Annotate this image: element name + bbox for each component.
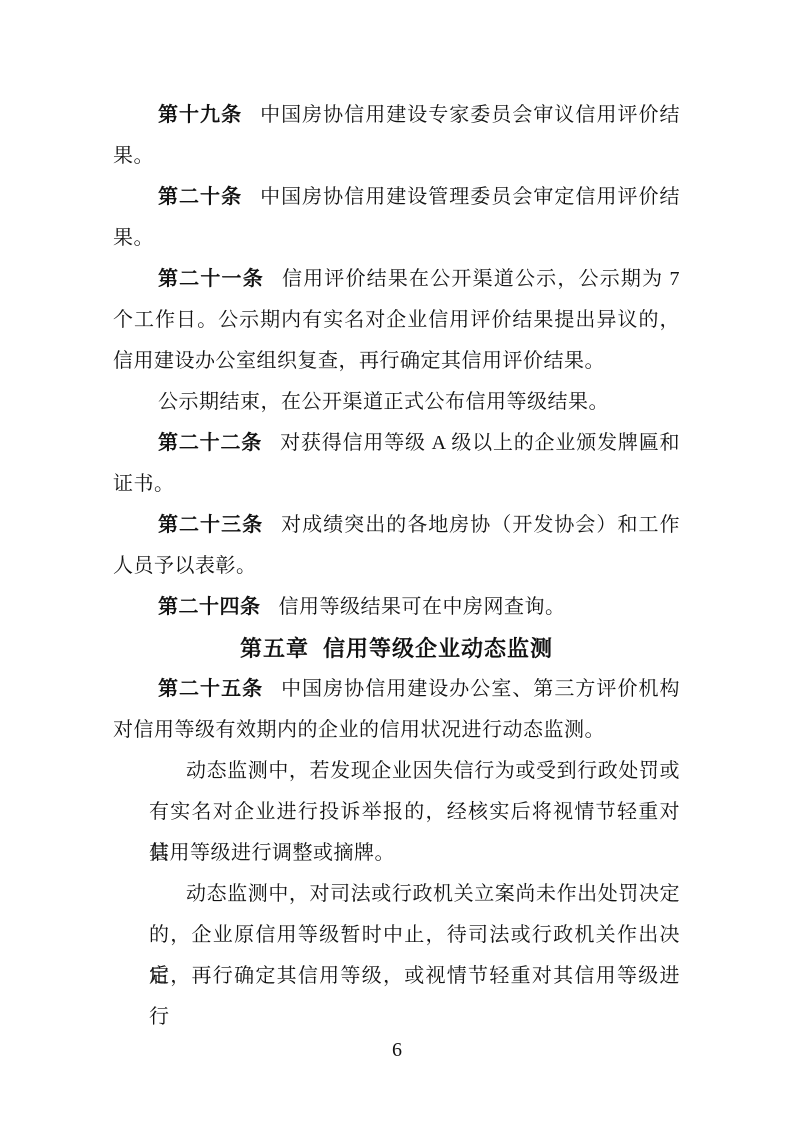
article-21-number: 第二十一条	[158, 268, 264, 290]
article-19-number: 第十九条	[158, 104, 242, 126]
article-24-line-1: 第二十四条信用等级结果可在中房网查询。	[113, 587, 680, 628]
monitoring-para-2-line-3: 后，再行确定其信用等级，或视情节轻重对其信用等级进行	[149, 956, 680, 997]
monitoring-para-1-text-cont-2: 信用等级进行调整或摘牌。	[149, 842, 395, 864]
article-23-text-cont: 人员予以表彰。	[113, 555, 257, 577]
article-19-line-2: 果。	[113, 136, 680, 177]
chapter-heading: 第五章信用等级企业动态监测	[113, 628, 680, 669]
page-number: 6	[0, 1030, 794, 1071]
article-23-line-1: 第二十三条对成绩突出的各地房协（开发协会）和工作	[113, 505, 680, 546]
article-21-para-2: 公示期结束，在公开渠道正式公布信用等级结果。	[113, 382, 680, 423]
article-25-text: 中国房协信用建设办公室、第三方评价机构	[281, 678, 680, 700]
article-21-text-cont-2: 信用建设办公室组织复查，再行确定其信用评价结果。	[113, 350, 605, 372]
article-23-line-2: 人员予以表彰。	[113, 546, 680, 587]
article-25-text-cont: 对信用等级有效期内的企业的信用状况进行动态监测。	[113, 719, 605, 741]
article-25-line-2: 对信用等级有效期内的企业的信用状况进行动态监测。	[113, 710, 680, 751]
article-19-text: 中国房协信用建设专家委员会审议信用评价结	[260, 104, 680, 126]
article-22-number: 第二十二条	[158, 432, 262, 454]
monitoring-para-1-line-2: 有实名对企业进行投诉举报的，经核实后将视情节轻重对其	[149, 792, 680, 833]
monitoring-para-2-line-1: 动态监测中，对司法或行政机关立案尚未作出处罚决定	[149, 874, 680, 915]
article-21-line-3: 信用建设办公室组织复查，再行确定其信用评价结果。	[113, 341, 680, 382]
chapter-number: 第五章	[240, 636, 309, 661]
monitoring-para-1-line-1: 动态监测中，若发现企业因失信行为或受到行政处罚或	[149, 751, 680, 792]
article-22-text-cont: 证书。	[113, 473, 175, 495]
article-25-line-1: 第二十五条中国房协信用建设办公室、第三方评价机构	[113, 669, 680, 710]
article-21-text-cont: 个工作日。公示期内有实名对企业信用评价结果提出异议的，	[113, 309, 680, 331]
article-20-line-1: 第二十条中国房协信用建设管理委员会审定信用评价结	[113, 177, 680, 218]
article-21-text: 信用评价结果在公开渠道公示，公示期为 7	[282, 268, 680, 290]
document-body: 第十九条中国房协信用建设专家委员会审议信用评价结 果。 第二十条中国房协信用建设…	[113, 95, 680, 997]
article-22-line-2: 证书。	[113, 464, 680, 505]
monitoring-para-2-line-2: 的，企业原信用等级暂时中止，待司法或行政机关作出决定	[149, 915, 680, 956]
document-page: 第十九条中国房协信用建设专家委员会审议信用评价结 果。 第二十条中国房协信用建设…	[0, 0, 794, 1123]
article-24-text: 信用等级结果可在中房网查询。	[279, 596, 566, 618]
article-21-line-1: 第二十一条信用评价结果在公开渠道公示，公示期为 7	[113, 259, 680, 300]
article-25-number: 第二十五条	[158, 678, 263, 700]
article-20-line-2: 果。	[113, 218, 680, 259]
article-23-text: 对成绩突出的各地房协（开发协会）和工作	[281, 514, 680, 536]
article-21-para-2-text: 公示期结束，在公开渠道正式公布信用等级结果。	[158, 391, 609, 413]
monitoring-para-1-text: 动态监测中，若发现企业因失信行为或受到行政处罚或	[186, 760, 680, 782]
monitoring-para-2-text: 动态监测中，对司法或行政机关立案尚未作出处罚决定	[186, 883, 680, 905]
article-22-text: 对获得信用等级 A 级以上的企业颁发牌匾和	[280, 432, 680, 454]
article-22-line-1: 第二十二条对获得信用等级 A 级以上的企业颁发牌匾和	[113, 423, 680, 464]
article-20-text-cont: 果。	[113, 227, 154, 249]
article-19-text-cont: 果。	[113, 145, 154, 167]
article-20-text: 中国房协信用建设管理委员会审定信用评价结	[260, 186, 680, 208]
article-24-number: 第二十四条	[158, 596, 261, 618]
chapter-title: 信用等级企业动态监测	[323, 636, 553, 661]
monitoring-para-2-text-cont-2: 后，再行确定其信用等级，或视情节轻重对其信用等级进行	[149, 965, 680, 1028]
monitoring-para-1-line-3: 信用等级进行调整或摘牌。	[149, 833, 680, 874]
article-23-number: 第二十三条	[158, 514, 263, 536]
article-21-line-2: 个工作日。公示期内有实名对企业信用评价结果提出异议的，	[113, 300, 680, 341]
article-20-number: 第二十条	[158, 186, 242, 208]
article-19-line-1: 第十九条中国房协信用建设专家委员会审议信用评价结	[113, 95, 680, 136]
